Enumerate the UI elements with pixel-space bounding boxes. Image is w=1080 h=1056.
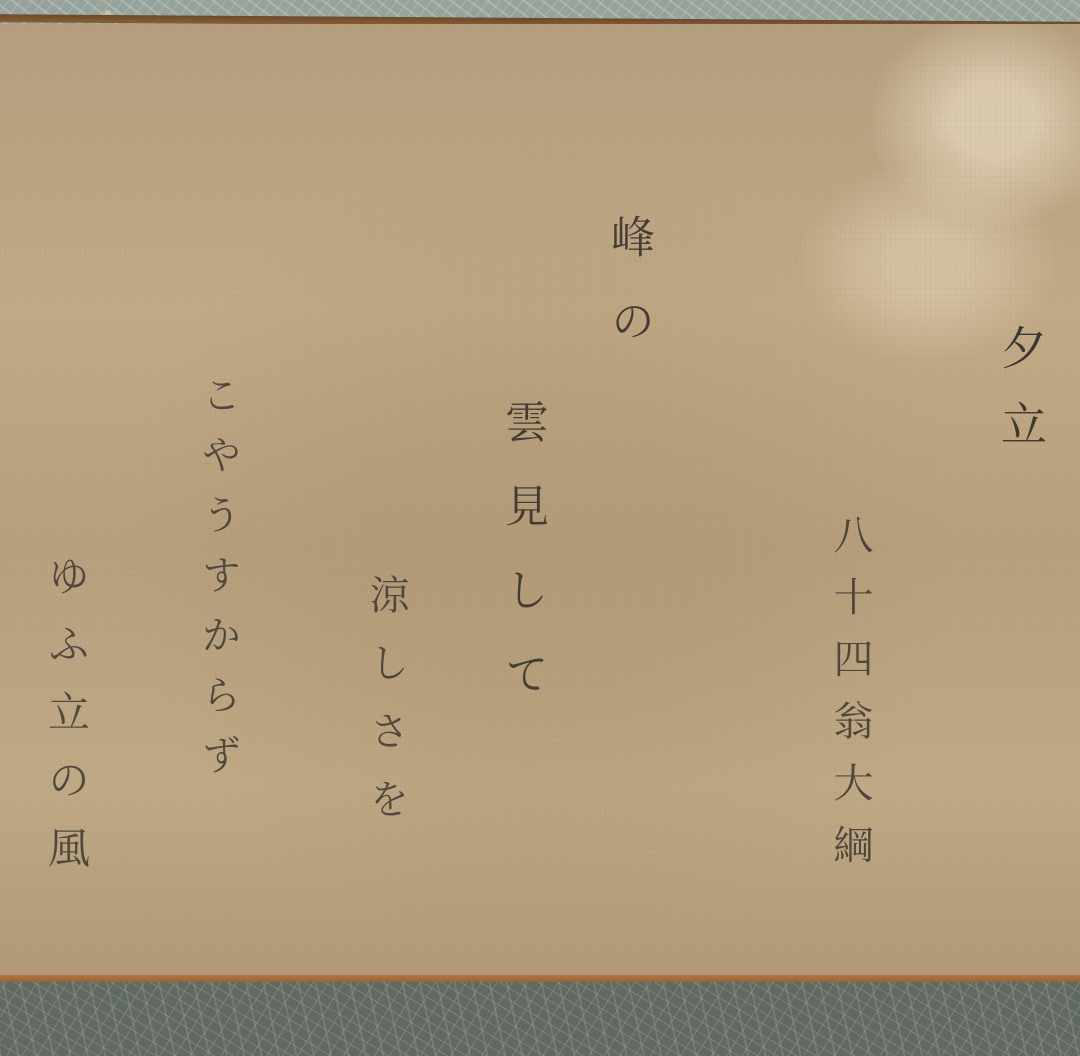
paper-edge-bottom	[0, 975, 1080, 982]
mount-border-bottom	[0, 982, 1080, 1056]
artist-signature: 八十四翁大綱	[822, 514, 879, 886]
poem-line-3: 涼しさを	[358, 574, 415, 846]
poem-title: 夕立	[988, 324, 1054, 476]
calligraphy-paper: 夕立 八十四翁大綱 峰の 雲見して 涼しさを こやうすからず ゆふ立の風	[0, 24, 1080, 975]
poem-line-2: 雲見して	[490, 399, 554, 735]
poem-line-5: ゆふ立の風	[36, 554, 96, 894]
poem-line-4: こやうすからず	[190, 374, 247, 794]
poem-line-1: 峰の	[596, 214, 660, 382]
